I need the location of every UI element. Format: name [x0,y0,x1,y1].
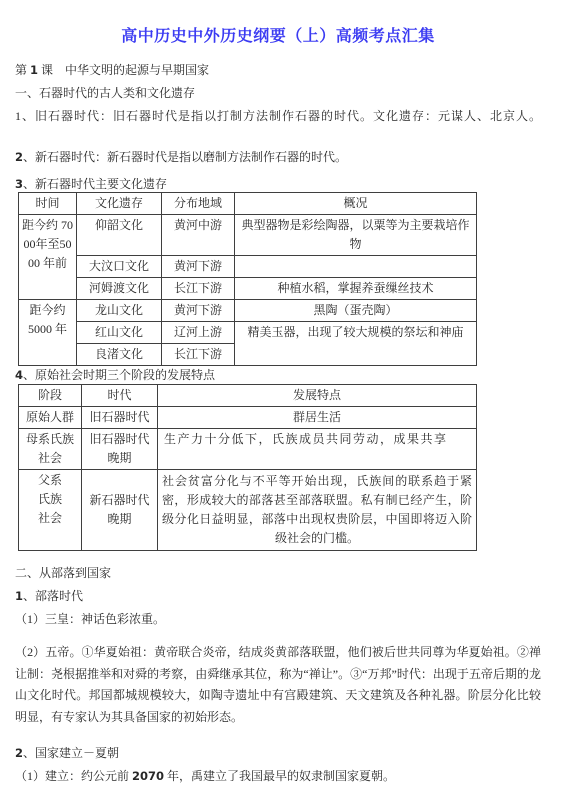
para-three-sovereigns: （1）三皇：神话色彩浓重。 [15,608,541,631]
table-row: 红山文化 辽河上游 精美玉器，出现了较大规模的祭坛和神庙 [19,322,477,344]
feature-cell: 生产力十分低下，氏族成员共同劳动，成果共享 [158,429,477,470]
time-header: 时间 [19,193,77,215]
stage-cell: 母系氏族 社会 [19,429,82,470]
culture-cell: 仰韶文化 [77,215,162,256]
overview-header: 概况 [235,193,477,215]
era-header: 时代 [82,385,158,407]
culture-cell: 大汶口文化 [77,256,162,278]
para-five-emperors: （2）五帝。①华夏始祖：黄帝联合炎帝，结成炎黄部落联盟，他们被后世共同尊为华夏始… [15,642,541,728]
lesson-heading: 第 1 课 中华文明的起源与早期国家 [15,59,541,82]
table-row: 大汶口文化 黄河下游 [19,256,477,278]
page-title: 高中历史中外历史纲要（上）高频考点汇集 [15,27,541,46]
region-header: 分布地域 [162,193,235,215]
overview-cell: 种植水稻，掌握养蚕缫丝技术 [235,278,477,300]
table-header-row: 时间 文化遗存 分布地域 概况 [19,193,477,215]
para-neolithic: 2、新石器时代：新石器时代是指以磨制方法制作石器的时代。 [15,146,541,169]
para-xia-heading: 2、国家建立－夏朝 [15,742,541,765]
table-header-row: 阶段 时代 发展特点 [19,385,477,407]
social-stages-table: 阶段 时代 发展特点 原始人群 旧石器时代 群居生活 母系氏族 社会 旧石器时代… [18,384,477,551]
neolithic-culture-table: 时间 文化遗存 分布地域 概况 距今约 70 00年至50 00 年前 仰韶文化… [18,192,477,366]
feature-cell: 社会贫富分化与不平等开始出现，氏族间的联系趋于紧密，形成较大的部落甚至部落联盟。… [158,470,477,551]
culture-cell: 良渚文化 [77,344,162,366]
time-span-cell: 距今约 70 00年至50 00 年前 [19,215,77,300]
overview-cell [235,256,477,278]
era-cell: 新石器时代 晚期 [82,470,158,551]
table2-caption: 4、原始社会时期三个阶段的发展特点 [15,368,541,383]
region-cell: 辽河上游 [162,322,235,344]
para-tribal-era: 1、部落时代 [15,585,541,608]
overview-cell: 典型器物是彩绘陶器，以粟等为主要栽培作 物 [235,215,477,256]
table-row: 河姆渡文化 长江下游 种植水稻，掌握养蚕缫丝技术 [19,278,477,300]
overview-cell: 精美玉器，出现了较大规模的祭坛和神庙 [235,322,477,366]
region-cell: 黄河下游 [162,256,235,278]
culture-cell: 红山文化 [77,322,162,344]
region-cell: 长江下游 [162,278,235,300]
culture-cell: 龙山文化 [77,300,162,322]
document-page: 高中历史中外历史纲要（上）高频考点汇集 第 1 课 中华文明的起源与早期国家 一… [0,0,566,800]
era-cell: 旧石器时代 [82,407,158,429]
table-row: 距今约 70 00年至50 00 年前 仰韶文化 黄河中游 典型器物是彩绘陶器，… [19,215,477,256]
culture-cell: 河姆渡文化 [77,278,162,300]
para-xia-founding: （1）建立：约公元前 2070 年，禹建立了我国最早的奴隶制国家夏朝。 [15,765,541,788]
section-1-heading: 一、石器时代的古人类和文化遗存 [15,82,541,105]
table-row: 母系氏族 社会 旧石器时代 晚期 生产力十分低下，氏族成员共同劳动，成果共享 [19,429,477,470]
section-2-heading: 二、从部落到国家 [15,562,541,585]
stage-header: 阶段 [19,385,82,407]
stage-cell: 父系 氏族 社会 [19,470,82,551]
table-row: 距今约 5000 年 龙山文化 黄河下游 黑陶（蛋壳陶） [19,300,477,322]
feature-cell: 群居生活 [158,407,477,429]
stage-cell: 原始人群 [19,407,82,429]
para-paleolithic: 1、旧石器时代：旧石器时代是指以打制方法制作石器的时代。文化遗存：元谋人、北京人… [15,105,541,128]
region-cell: 黄河下游 [162,300,235,322]
table1-caption: 3、新石器时代主要文化遗存 [15,176,541,192]
region-cell: 黄河中游 [162,215,235,256]
era-cell: 旧石器时代 晚期 [82,429,158,470]
time-span-cell: 距今约 5000 年 [19,300,77,366]
overview-cell: 黑陶（蛋壳陶） [235,300,477,322]
feature-header: 发展特点 [158,385,477,407]
culture-header: 文化遗存 [77,193,162,215]
table-row: 父系 氏族 社会 新石器时代 晚期 社会贫富分化与不平等开始出现，氏族间的联系趋… [19,470,477,551]
region-cell: 长江下游 [162,344,235,366]
table-row: 原始人群 旧石器时代 群居生活 [19,407,477,429]
